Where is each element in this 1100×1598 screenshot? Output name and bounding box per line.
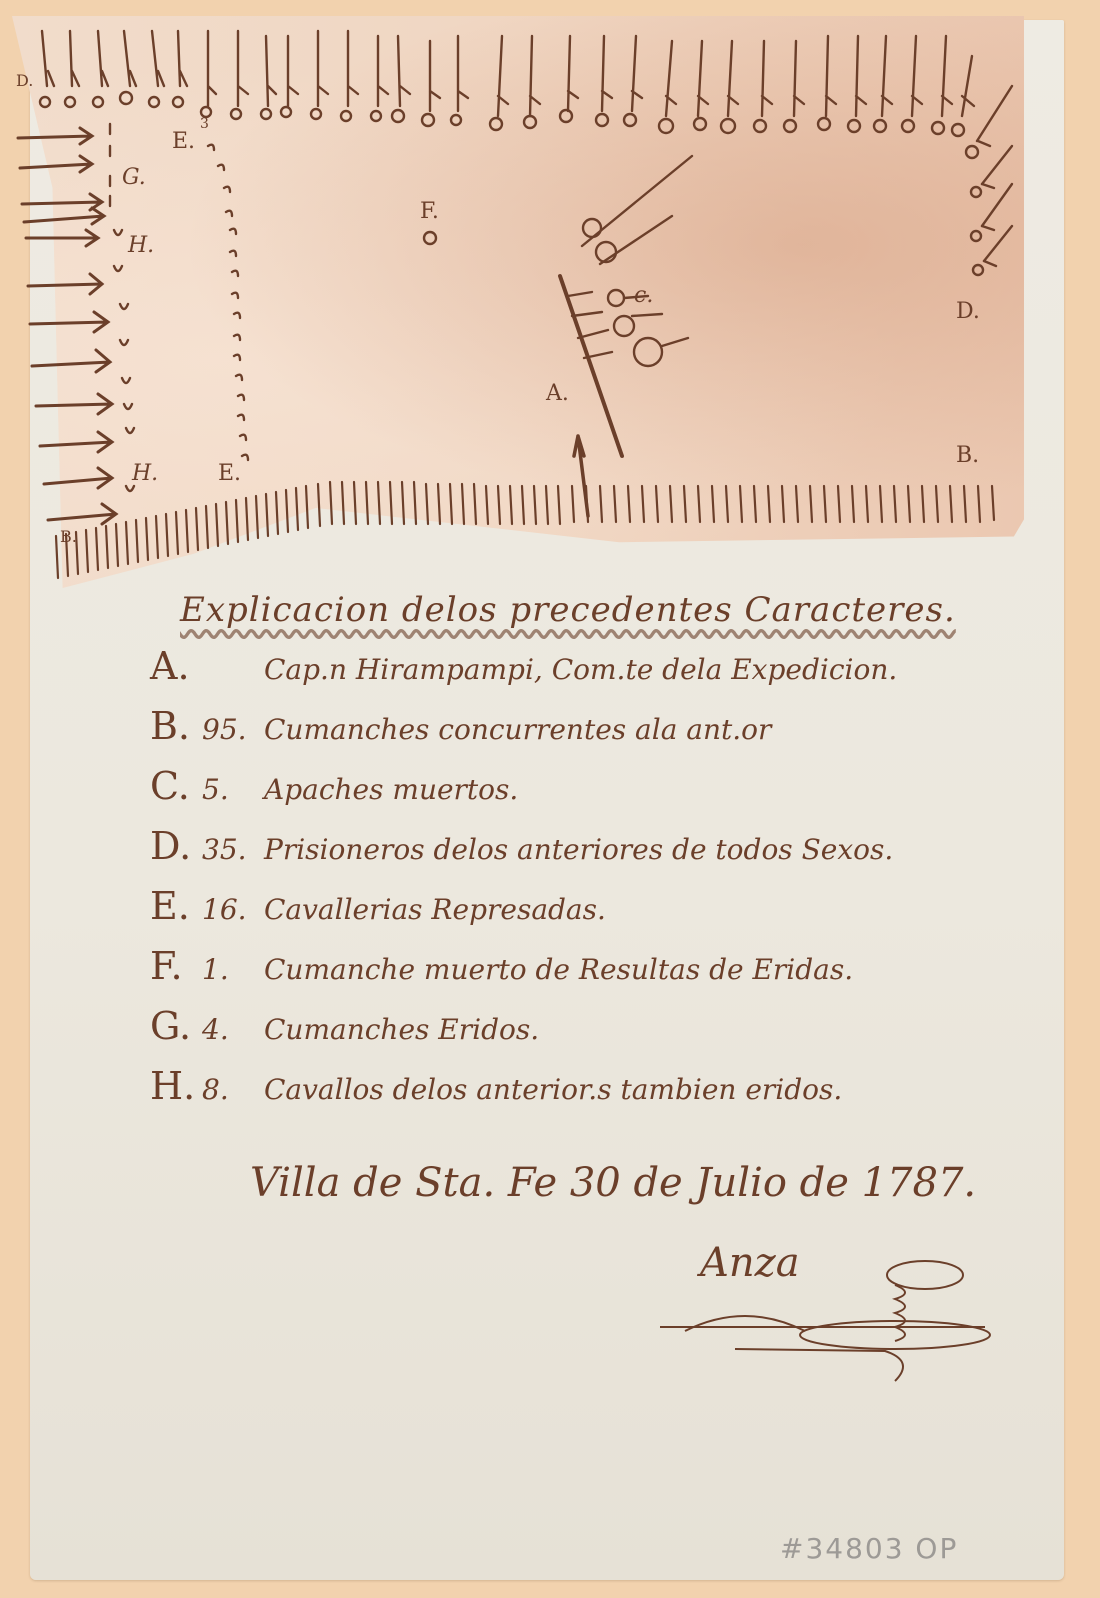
map-label-e-sup: 3 <box>200 116 209 132</box>
legend-entry: F. 1. Cumanche muerto de Resultas de Eri… <box>150 944 1050 1004</box>
legend-key: C. <box>150 764 202 808</box>
captive-figures-d <box>966 86 1012 275</box>
top-rider-row <box>40 31 974 136</box>
legend-entry: E. 16. Cavallerias Represadas. <box>150 884 1050 944</box>
legend-qty: 35. <box>202 833 264 866</box>
map-label-h-top: H. <box>127 233 154 258</box>
legend-qty: 8. <box>202 1073 264 1106</box>
legend-qty: 1. <box>202 953 264 986</box>
legend-key: E. <box>150 884 202 928</box>
legend-qty: 95. <box>202 713 264 746</box>
legend-description: Prisioneros delos anteriores de todos Se… <box>264 833 1050 866</box>
legend-key: D. <box>150 824 202 868</box>
dead-marker-f <box>424 232 436 244</box>
map-label-b-right: B. <box>956 443 979 468</box>
legend-key: F. <box>150 944 202 988</box>
recovered-horses-e <box>208 145 248 460</box>
legend-entry: H. 8. Cavallos delos anterior.s tambien … <box>150 1064 1050 1124</box>
legend-key: A. <box>150 644 202 688</box>
legend-description: Cavallerias Represadas. <box>264 893 1050 926</box>
legend-key: H. <box>150 1064 202 1108</box>
battle-map-drawing: D. E. 3 G. H. F. c. A. D. B. H. E. B. <box>12 16 1024 588</box>
legend-entry: D. 35. Prisioneros delos anteriores de t… <box>150 824 1050 884</box>
map-label-g: G. <box>122 165 146 190</box>
date-place-line: Villa de Sta. Fe 30 de Julio de 1787. <box>250 1160 976 1206</box>
legend-title: Explicacion delos precedentes Caracteres… <box>180 590 1050 630</box>
legend-description: Cap.n Hirampampi, Com.te dela Expedicion… <box>264 653 1050 686</box>
legend-description: Cumanche muerto de Resultas de Eridas. <box>264 953 1050 986</box>
map-label-c: c. <box>634 283 653 308</box>
left-arrow-riders <box>18 128 116 524</box>
commander-and-apaches <box>560 156 692 516</box>
legend-qty: 4. <box>202 1013 264 1046</box>
legend-key: B. <box>150 704 202 748</box>
map-label-d-top: D. <box>16 71 33 90</box>
signature-flourish <box>655 1255 995 1385</box>
legend: Explicacion delos precedentes Caracteres… <box>150 590 1050 1124</box>
legend-entry: A. Cap.n Hirampampi, Com.te dela Expedic… <box>150 644 1050 704</box>
legend-qty: 16. <box>202 893 264 926</box>
legend-qty: 5. <box>202 773 264 806</box>
legend-description: Apaches muertos. <box>264 773 1050 806</box>
map-label-f: F. <box>420 199 439 224</box>
legend-entry: G. 4. Cumanches Eridos. <box>150 1004 1050 1064</box>
legend-entry: B. 95. Cumanches concurrentes ala ant.or <box>150 704 1050 764</box>
map-label-d-right: D. <box>956 299 980 324</box>
legend-description: Cavallos delos anterior.s tambien eridos… <box>264 1073 1050 1106</box>
legend-entry: C. 5. Apaches muertos. <box>150 764 1050 824</box>
map-label-e-bottom: E. <box>218 461 241 486</box>
map-label-a: A. <box>545 381 569 406</box>
bottom-fringe-cavalry <box>56 482 994 578</box>
map-label-e-top: E. <box>172 129 195 154</box>
map-label-h-bottom: H. <box>131 461 158 486</box>
legend-description: Cumanches concurrentes ala ant.or <box>264 713 1050 746</box>
map-label-b-left: B. <box>60 527 77 546</box>
legend-description: Cumanches Eridos. <box>264 1013 1050 1046</box>
legend-key: G. <box>150 1004 202 1048</box>
catalog-number: #34803 OP <box>780 1532 958 1565</box>
